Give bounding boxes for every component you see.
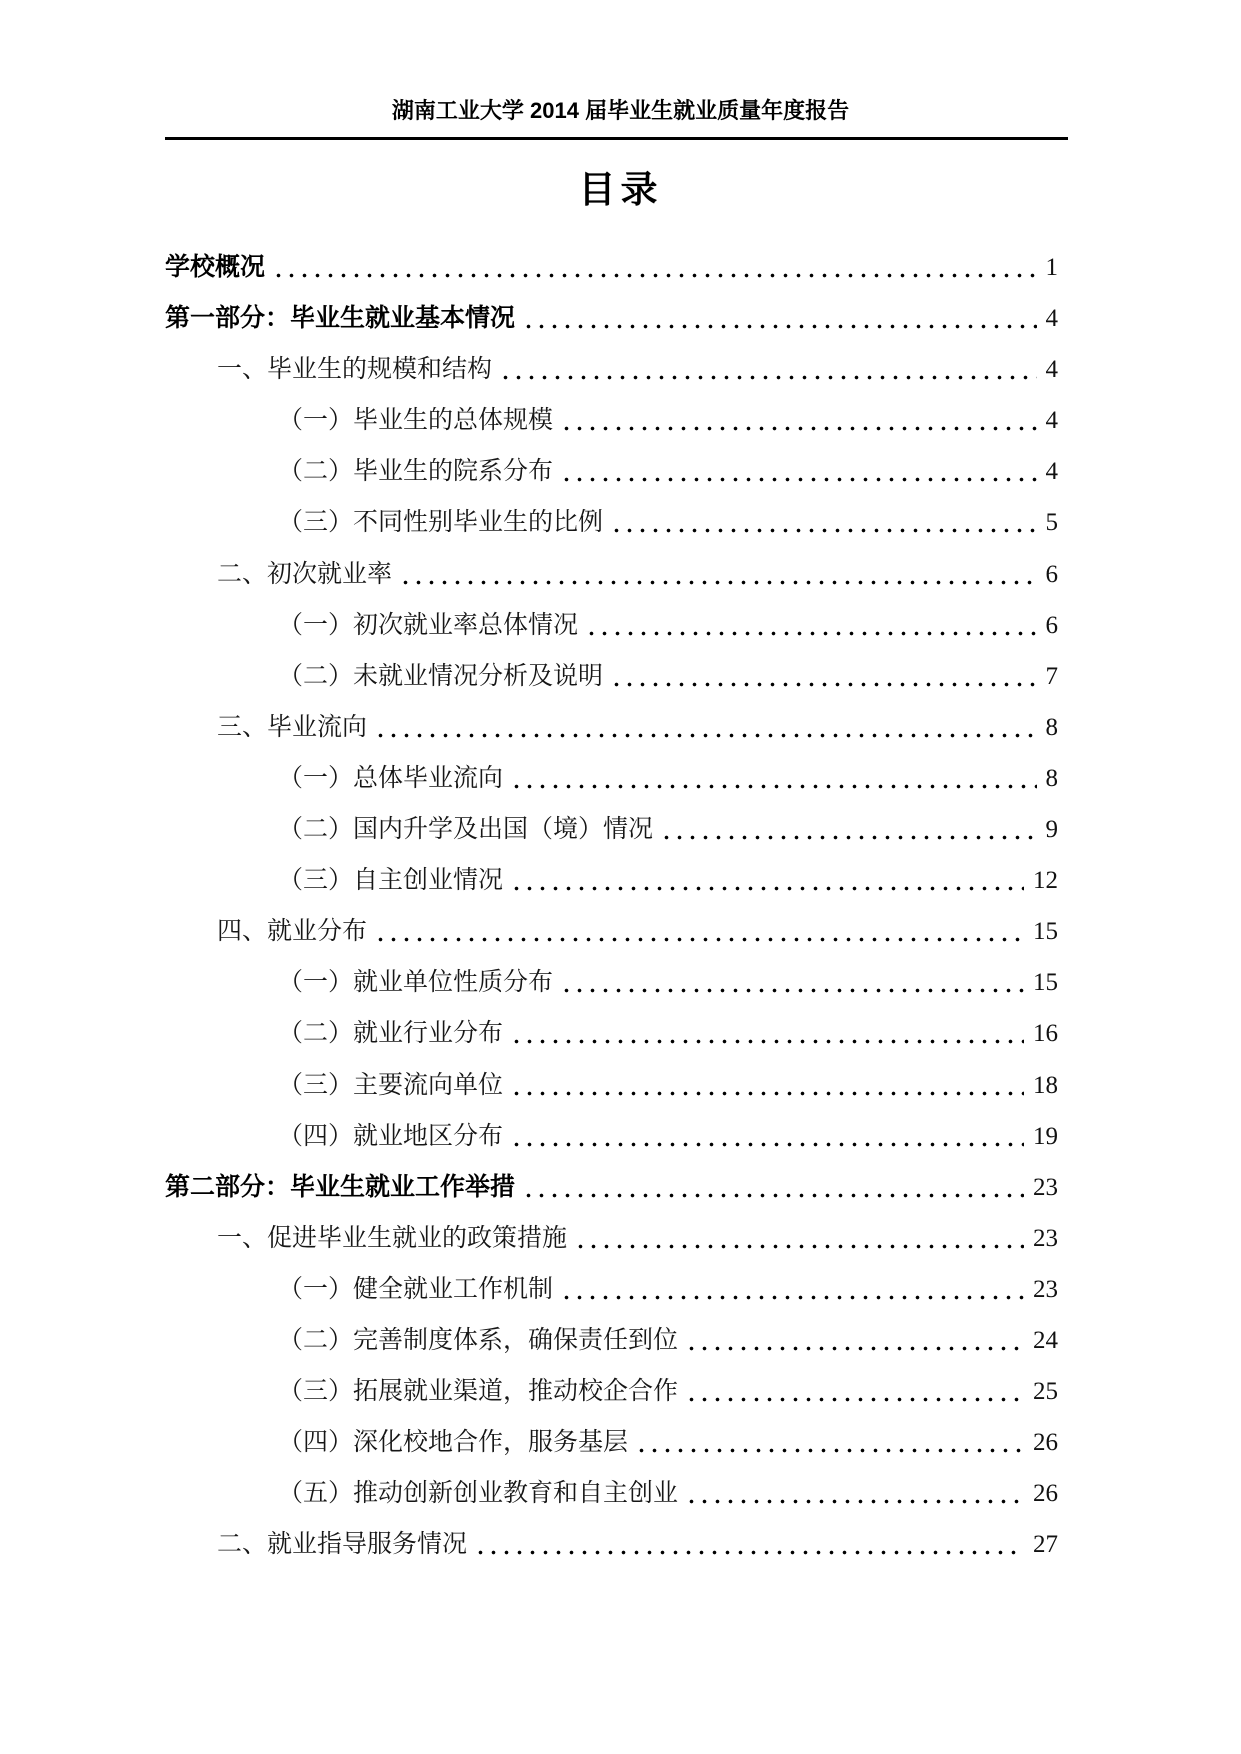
toc-row[interactable]: （五）推动创新创业教育和自主创业 26 — [165, 1468, 1058, 1519]
dot-leader — [474, 1519, 1024, 1570]
toc-entry-label: （二）完善制度体系，确保责任到位 — [165, 1315, 678, 1366]
toc-row[interactable]: （一）总体毕业流向 8 — [165, 753, 1058, 804]
toc-row[interactable]: （二）国内升学及出国（境）情况 9 — [165, 804, 1058, 855]
toc-entry-page: 1 — [1046, 242, 1059, 293]
toc-entry-page: 23 — [1033, 1162, 1058, 1213]
toc-entry-label: （一）毕业生的总体规模 — [165, 395, 553, 446]
toc-entry-page: 23 — [1033, 1213, 1058, 1264]
toc-entry-page: 26 — [1033, 1468, 1058, 1519]
toc-row[interactable]: （二）毕业生的院系分布 4 — [165, 446, 1058, 497]
toc-row[interactable]: （二）未就业情况分析及说明 7 — [165, 651, 1058, 702]
dot-leader — [272, 242, 1036, 293]
dot-leader — [510, 855, 1024, 906]
toc-entry-label: 学校概况 — [165, 242, 265, 293]
toc-entry-page: 15 — [1033, 906, 1058, 957]
toc-row[interactable]: （三）主要流向单位 18 — [165, 1060, 1058, 1111]
toc-entry-page: 8 — [1046, 753, 1059, 804]
toc-row[interactable]: （三）拓展就业渠道，推动校企合作 25 — [165, 1366, 1058, 1417]
toc-entry-page: 4 — [1046, 395, 1059, 446]
dot-leader — [685, 1468, 1024, 1519]
toc-entry-label: 一、促进毕业生就业的政策措施 — [165, 1213, 567, 1264]
toc-row[interactable]: 二、初次就业率 6 — [165, 549, 1058, 600]
toc-entry-label: 第一部分：毕业生就业基本情况 — [165, 293, 515, 344]
toc-entry-label: （四）深化校地合作，服务基层 — [165, 1417, 628, 1468]
toc-entry-label: 第二部分：毕业生就业工作举措 — [165, 1162, 515, 1213]
running-header: 湖南工业大学 2014 届毕业生就业质量年度报告 — [0, 96, 1241, 126]
toc-entry-page: 27 — [1033, 1519, 1058, 1570]
toc-entry-page: 26 — [1033, 1417, 1058, 1468]
toc-entry-page: 25 — [1033, 1366, 1058, 1417]
toc-entry-label: 三、毕业流向 — [165, 702, 367, 753]
dot-leader — [585, 600, 1036, 651]
toc-entry-page: 18 — [1033, 1060, 1058, 1111]
toc-row[interactable]: 二、就业指导服务情况 27 — [165, 1519, 1058, 1570]
dot-leader — [560, 1264, 1024, 1315]
toc-entry-label: （一）总体毕业流向 — [165, 753, 503, 804]
toc-entry-page: 23 — [1033, 1264, 1058, 1315]
toc-entry-label: （一）健全就业工作机制 — [165, 1264, 553, 1315]
toc-entry-label: （二）毕业生的院系分布 — [165, 446, 553, 497]
dot-leader — [560, 395, 1036, 446]
toc-row[interactable]: 学校概况 1 — [165, 242, 1058, 293]
toc-entry-page: 4 — [1046, 293, 1059, 344]
dot-leader — [635, 1417, 1024, 1468]
toc-row[interactable]: （一）初次就业率总体情况 6 — [165, 600, 1058, 651]
toc-entry-page: 19 — [1033, 1111, 1058, 1162]
toc-entry-page: 15 — [1033, 957, 1058, 1008]
toc-row[interactable]: 一、毕业生的规模和结构 4 — [165, 344, 1058, 395]
toc-entry-label: （三）自主创业情况 — [165, 855, 503, 906]
header-rule — [165, 137, 1068, 140]
toc-list: 学校概况 1 第一部分：毕业生就业基本情况 4 一、毕业生的规模和结构 4 （一… — [165, 242, 1058, 1570]
toc-entry-page: 4 — [1046, 344, 1059, 395]
toc-entry-page: 9 — [1046, 804, 1059, 855]
dot-leader — [510, 753, 1036, 804]
toc-entry-page: 6 — [1046, 600, 1059, 651]
toc-entry-label: 二、初次就业率 — [165, 549, 392, 600]
dot-leader — [560, 446, 1036, 497]
dot-leader — [510, 1111, 1024, 1162]
toc-entry-page: 24 — [1033, 1315, 1058, 1366]
dot-leader — [610, 651, 1036, 702]
toc-entry-label: （一）就业单位性质分布 — [165, 957, 553, 1008]
toc-row[interactable]: 三、毕业流向 8 — [165, 702, 1058, 753]
dot-leader — [685, 1315, 1024, 1366]
toc-row[interactable]: 一、促进毕业生就业的政策措施 23 — [165, 1213, 1058, 1264]
toc-row[interactable]: 第一部分：毕业生就业基本情况 4 — [165, 293, 1058, 344]
toc-row[interactable]: （一）健全就业工作机制 23 — [165, 1264, 1058, 1315]
toc-entry-page: 5 — [1046, 497, 1059, 548]
toc-row[interactable]: （三）自主创业情况 12 — [165, 855, 1058, 906]
toc-entry-page: 6 — [1046, 549, 1059, 600]
toc-entry-page: 4 — [1046, 446, 1059, 497]
toc-entry-label: （五）推动创新创业教育和自主创业 — [165, 1468, 678, 1519]
toc-entry-page: 7 — [1046, 651, 1059, 702]
dot-leader — [685, 1366, 1024, 1417]
toc-row[interactable]: （一）毕业生的总体规模 4 — [165, 395, 1058, 446]
toc-entry-label: （二）未就业情况分析及说明 — [165, 651, 603, 702]
dot-leader — [510, 1008, 1024, 1059]
toc-entry-page: 8 — [1046, 702, 1059, 753]
dot-leader — [574, 1213, 1024, 1264]
toc-row[interactable]: （二）就业行业分布 16 — [165, 1008, 1058, 1059]
dot-leader — [374, 702, 1036, 753]
dot-leader — [660, 804, 1036, 855]
toc-entry-label: （二）就业行业分布 — [165, 1008, 503, 1059]
dot-leader — [522, 293, 1036, 344]
toc-entry-label: 一、毕业生的规模和结构 — [165, 344, 492, 395]
toc-entry-page: 16 — [1033, 1008, 1058, 1059]
toc-row[interactable]: （四）深化校地合作，服务基层 26 — [165, 1417, 1058, 1468]
toc-entry-label: （二）国内升学及出国（境）情况 — [165, 804, 653, 855]
toc-entry-label: （三）不同性别毕业生的比例 — [165, 497, 603, 548]
toc-row[interactable]: 四、就业分布 15 — [165, 906, 1058, 957]
dot-leader — [510, 1060, 1024, 1111]
toc-row[interactable]: （一）就业单位性质分布 15 — [165, 957, 1058, 1008]
dot-leader — [499, 344, 1036, 395]
toc-entry-label: 二、就业指导服务情况 — [165, 1519, 467, 1570]
toc-entry-label: 四、就业分布 — [165, 906, 367, 957]
toc-entry-label: （三）拓展就业渠道，推动校企合作 — [165, 1366, 678, 1417]
dot-leader — [610, 497, 1036, 548]
dot-leader — [374, 906, 1024, 957]
page-title: 目录 — [0, 166, 1241, 214]
toc-row[interactable]: （二）完善制度体系，确保责任到位 24 — [165, 1315, 1058, 1366]
toc-row[interactable]: （三）不同性别毕业生的比例 5 — [165, 497, 1058, 548]
toc-entry-label: （一）初次就业率总体情况 — [165, 600, 578, 651]
toc-entry-label: （四）就业地区分布 — [165, 1111, 503, 1162]
dot-leader — [522, 1162, 1024, 1213]
toc-row[interactable]: （四）就业地区分布 19 — [165, 1111, 1058, 1162]
toc-entry-label: （三）主要流向单位 — [165, 1060, 503, 1111]
dot-leader — [399, 549, 1036, 600]
dot-leader — [560, 957, 1024, 1008]
toc-entry-page: 12 — [1033, 855, 1058, 906]
toc-row[interactable]: 第二部分：毕业生就业工作举措 23 — [165, 1162, 1058, 1213]
